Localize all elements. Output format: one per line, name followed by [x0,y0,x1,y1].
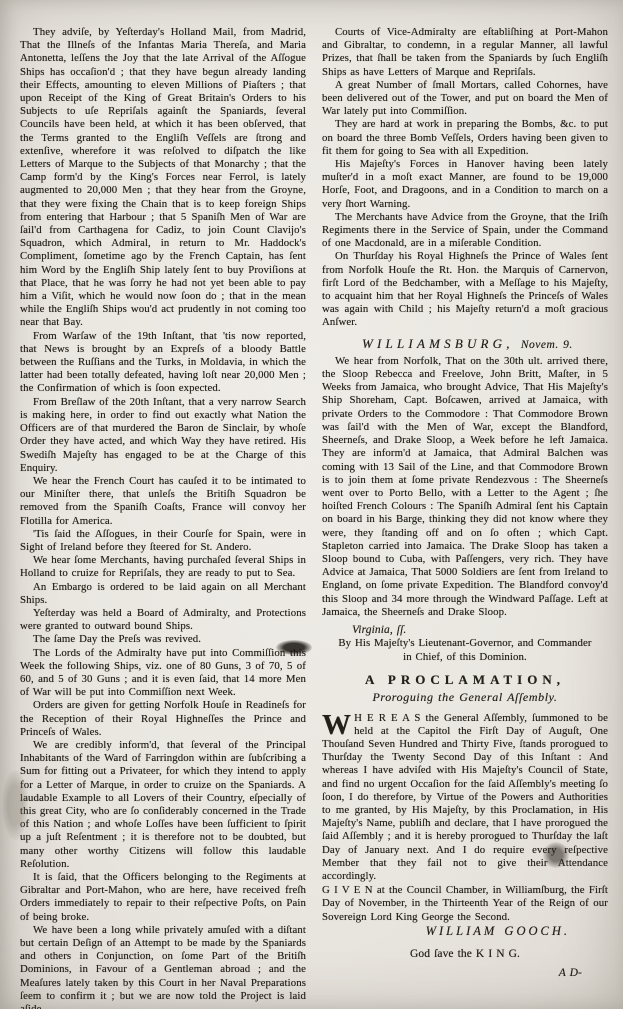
given-paragraph: G I V E N at the Council Chamber, in Wil… [322,884,608,924]
news-paragraph: We have been a long while privately amuſ… [20,924,306,1009]
news-paragraph: From Warſaw of the 19th Inſtant, that 't… [20,330,306,396]
governor-line-2: in Chief, of this Dominion. [403,651,527,663]
news-paragraph: On Thurſday his Royal Highneſs the Princ… [322,250,608,329]
news-paragraph: They adviſe, by Yeſterday's Holland Mail… [20,26,306,330]
proclamation-body: WH E R E A S the General Aſſembly, ſummo… [322,712,608,884]
news-paragraph: They are hard at work in preparing the B… [322,118,608,158]
dateline-date: Novem. 9. [521,339,573,351]
drop-cap-initial: W [322,712,354,737]
dateline-city: WILLIAMSBURG, [362,336,514,351]
news-paragraph: Yeſterday was held a Board of Admiralty,… [20,607,306,633]
news-paragraph: We hear ſome Merchants, having purchaſed… [20,554,306,580]
news-paragraph: Courts of Vice-Admiralty are eſtabliſhin… [322,26,608,79]
news-paragraph: It is ſaid, that the Officers belonging … [20,871,306,924]
virginia-heading: Virginia, ſſ. [352,624,608,637]
news-paragraph: The ſame Day the Preſs was revived. [20,633,306,646]
god-save-the-king-line: God ſave the K I N G. [322,948,608,961]
column-layout: They adviſe, by Yeſterday's Holland Mail… [20,26,609,1009]
news-paragraph: An Embargo is ordered to be laid again o… [20,581,306,607]
news-paragraph: His Majeſty's Forces in Hanover having b… [322,158,608,211]
governor-signature: WILLIAM GOOCH. [322,925,608,938]
williamsburg-news-paragraph: We hear from Norfolk, That on the 30th u… [322,355,608,619]
news-paragraph: We hear the French Court has cauſed it t… [20,475,306,528]
news-paragraph: A great Number of ſmall Mortars, called … [322,79,608,119]
williamsburg-dateline: WILLIAMSBURG, Novem. 9. [362,337,608,352]
governor-line-1: By His Majeſty's Lieutenant-Governor, an… [338,637,591,649]
proclamation-title: A PROCLAMATION, [322,673,608,686]
governor-attribution: By His Majeſty's Lieutenant-Governor, an… [322,637,608,664]
right-column: Courts of Vice-Admiralty are eſtabliſhin… [322,26,608,1009]
proclamation-subtitle: Proroguing the General Aſſembly. [322,691,608,704]
left-column: They adviſe, by Yeſterday's Holland Mail… [20,26,306,1009]
catchword: A D- [322,967,608,980]
news-paragraph: From Breſlaw of the 20th Inſtant, that a… [20,396,306,475]
proclamation-text: H E R E A S the General Aſſembly, ſummon… [322,712,608,882]
news-paragraph: Orders are given for getting Norfolk Hou… [20,699,306,739]
news-paragraph: 'Tis ſaid the Aſſogues, in their Courſe … [20,528,306,554]
news-paragraph: We are credibly inform'd, that ſeveral o… [20,739,306,871]
news-paragraph: The Merchants have Advice from the Groyn… [322,211,608,251]
newspaper-page: They adviſe, by Yeſterday's Holland Mail… [0,0,623,1009]
news-paragraph: The Lords of the Admiralty have put into… [20,647,306,700]
